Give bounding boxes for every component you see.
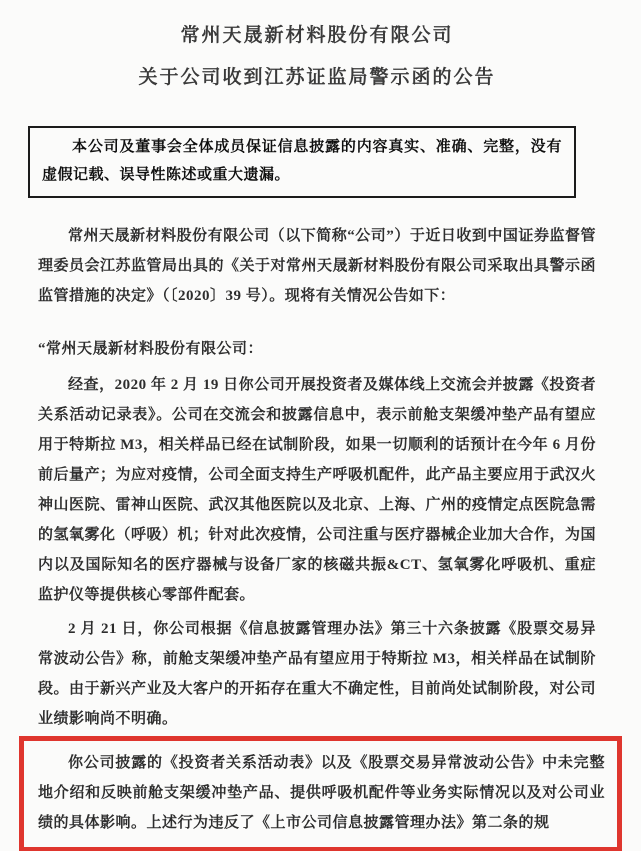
intro-paragraph: 常州天晟新材料股份有限公司（以下简称“公司”）于近日收到中国证券监督管理委员会江… — [38, 221, 596, 311]
violation-highlight-box: 你公司披露的《投资者关系活动表》以及《股票交易异常波动公告》中未完整地介绍和反映… — [19, 736, 622, 851]
findings-disclosure-paragraph: 2 月 21 日，你公司根据《信息披露管理办法》第三十六条披露《股票交易异常波动… — [38, 614, 596, 734]
findings-investor-meeting-paragraph: 经查，2020 年 2 月 19 日你公司开展投资者及媒体线上交流会并披露《投资… — [38, 370, 596, 610]
announcement-title: 关于公司收到江苏证监局警示函的公告 — [38, 66, 596, 90]
disclosure-statement-text: 本公司及董事会全体成员保证信息披露的内容真实、准确、完整，没有虚假记载、误导性陈… — [42, 133, 562, 189]
company-name-title: 常州天晟新材料股份有限公司 — [38, 24, 596, 48]
announcement-page: 常州天晟新材料股份有限公司 关于公司收到江苏证监局警示函的公告 本公司及董事会全… — [0, 0, 641, 851]
salutation-line: “常州天晟新材料股份有限公司： — [38, 334, 596, 364]
violation-paragraph: 你公司披露的《投资者关系活动表》以及《股票交易异常波动公告》中未完整地介绍和反映… — [38, 748, 605, 838]
disclosure-statement-box: 本公司及董事会全体成员保证信息披露的内容真实、准确、完整，没有虚假记载、误导性陈… — [28, 126, 576, 198]
